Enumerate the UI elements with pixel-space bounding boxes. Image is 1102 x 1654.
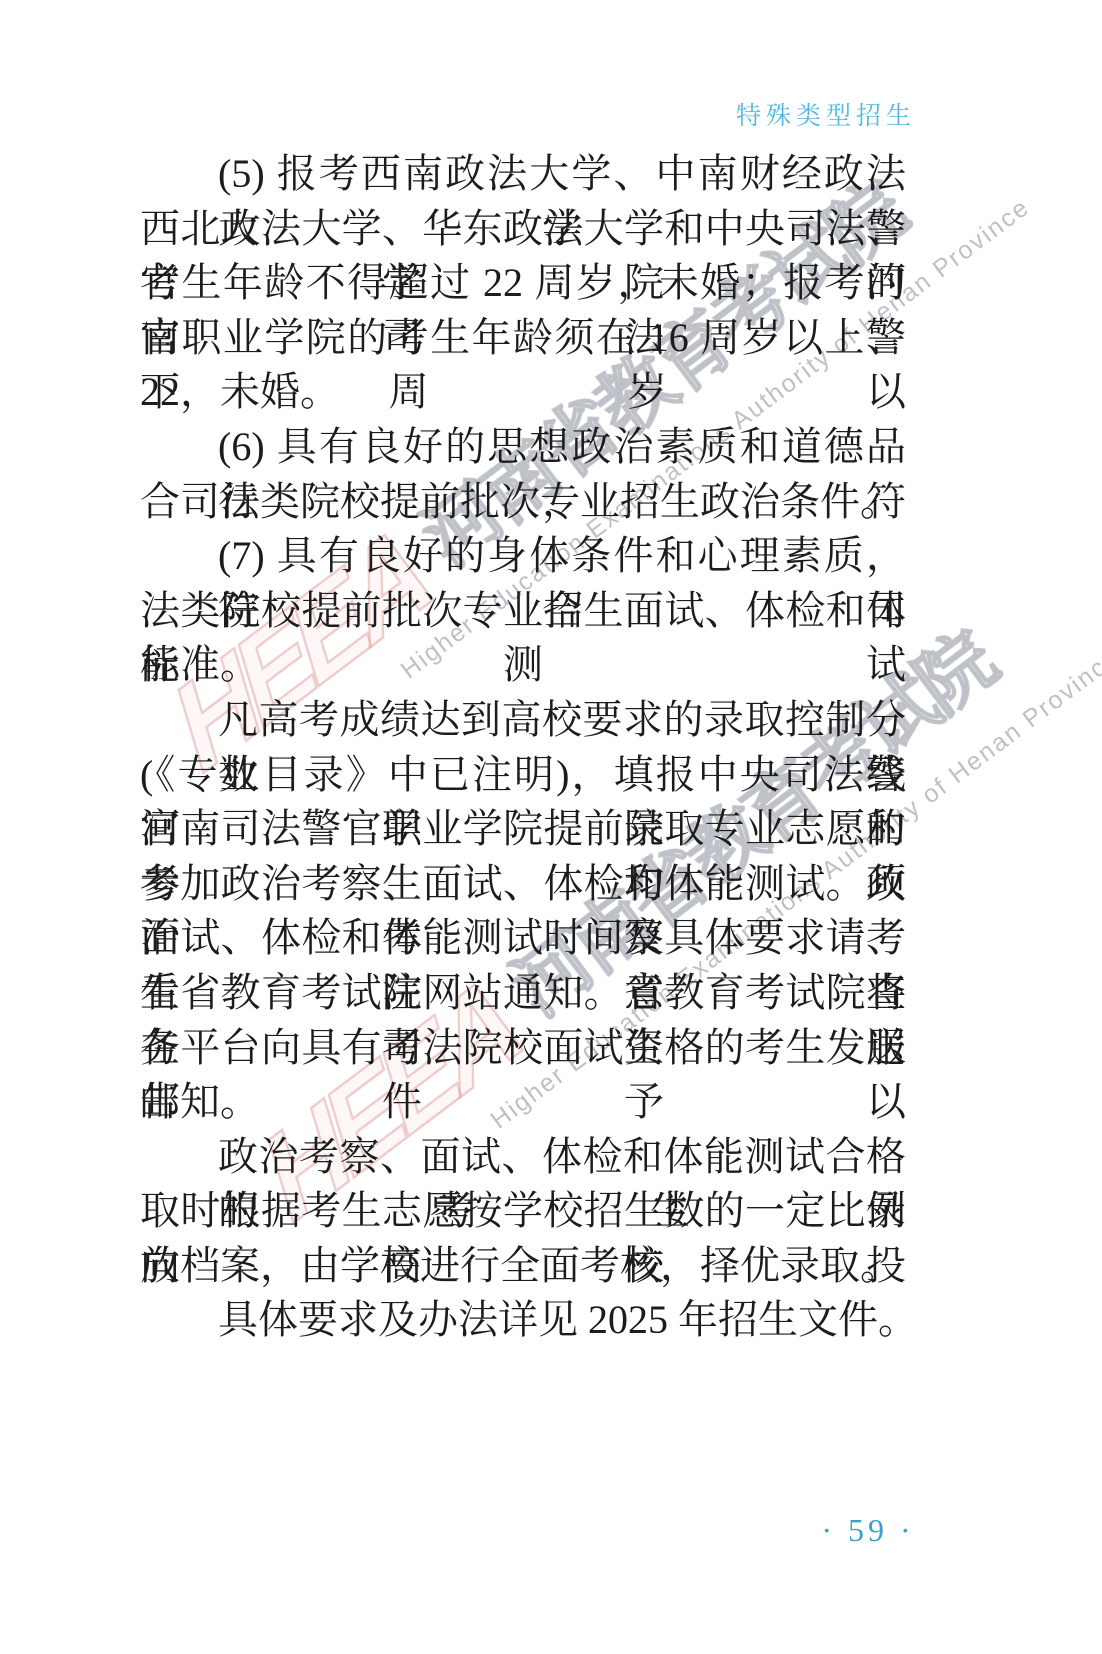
text-line: 考生年龄不得超过 22 周岁，未婚；报考河南司法警 [140,256,906,311]
text-line: 放档案，由学校进行全面考核，择优录取。 [140,1239,906,1294]
page-number: · 59 · [806,1512,930,1549]
text-line: (《专业目录》中已注明)，填报中央司法警官学院和 [140,748,906,803]
text-line: 官职业学院的考生年龄须在 16 周岁以上、22 周岁以 [140,311,906,366]
text-line: 合司法类院校提前批次专业招生政治条件。 [140,475,906,530]
text-line: (7) 具有良好的身体条件和心理素质，符合司 [140,529,906,584]
section-header-title: 特殊类型招生 [736,96,916,132]
text-line: (5) 报考西南政法大学、中南财经政法大学、 [140,147,906,202]
document-page: HEEA 河南省教育考试院 Higher Education Examinati… [0,0,1102,1654]
text-line: (6) 具有良好的思想政治素质和道德品行，符 [140,420,906,475]
text-line: 具体要求及办法详见 2025 年招生文件。 [140,1293,906,1348]
text-line: 河南司法警官职业学院提前录取专业志愿的考生均须 [140,802,906,857]
text-line: 面试、体检和体能测试时间及具体要求请考生注意查 [140,911,906,966]
text-line: 西北政法大学、华东政法大学和中央司法警官学院的 [140,202,906,257]
text-line: 取时根据考生志愿按学校招生数的一定比例向高校投 [140,1184,906,1239]
text-line: 政治考察、面试、体检和体能测试合格的考生录 [140,1130,906,1185]
text-line: 务平台向具有司法院校面试资格的考生发送邮件予以 [140,1021,906,1076]
text-line: 参加政治考察、面试、体检和体能测试。政治考察、 [140,857,906,912]
body-text: (5) 报考西南政法大学、中南财经政法大学、 西北政法大学、华东政法大学和中央司… [140,147,906,1348]
text-line: 看省教育考试院网站通知。省教育考试院将在考生服 [140,966,906,1021]
text-line: 法类院校提前批次专业招生面试、体检和体能测试 [140,584,906,639]
text-line: 凡高考成绩达到高校要求的录取控制分数线 [140,693,906,748]
